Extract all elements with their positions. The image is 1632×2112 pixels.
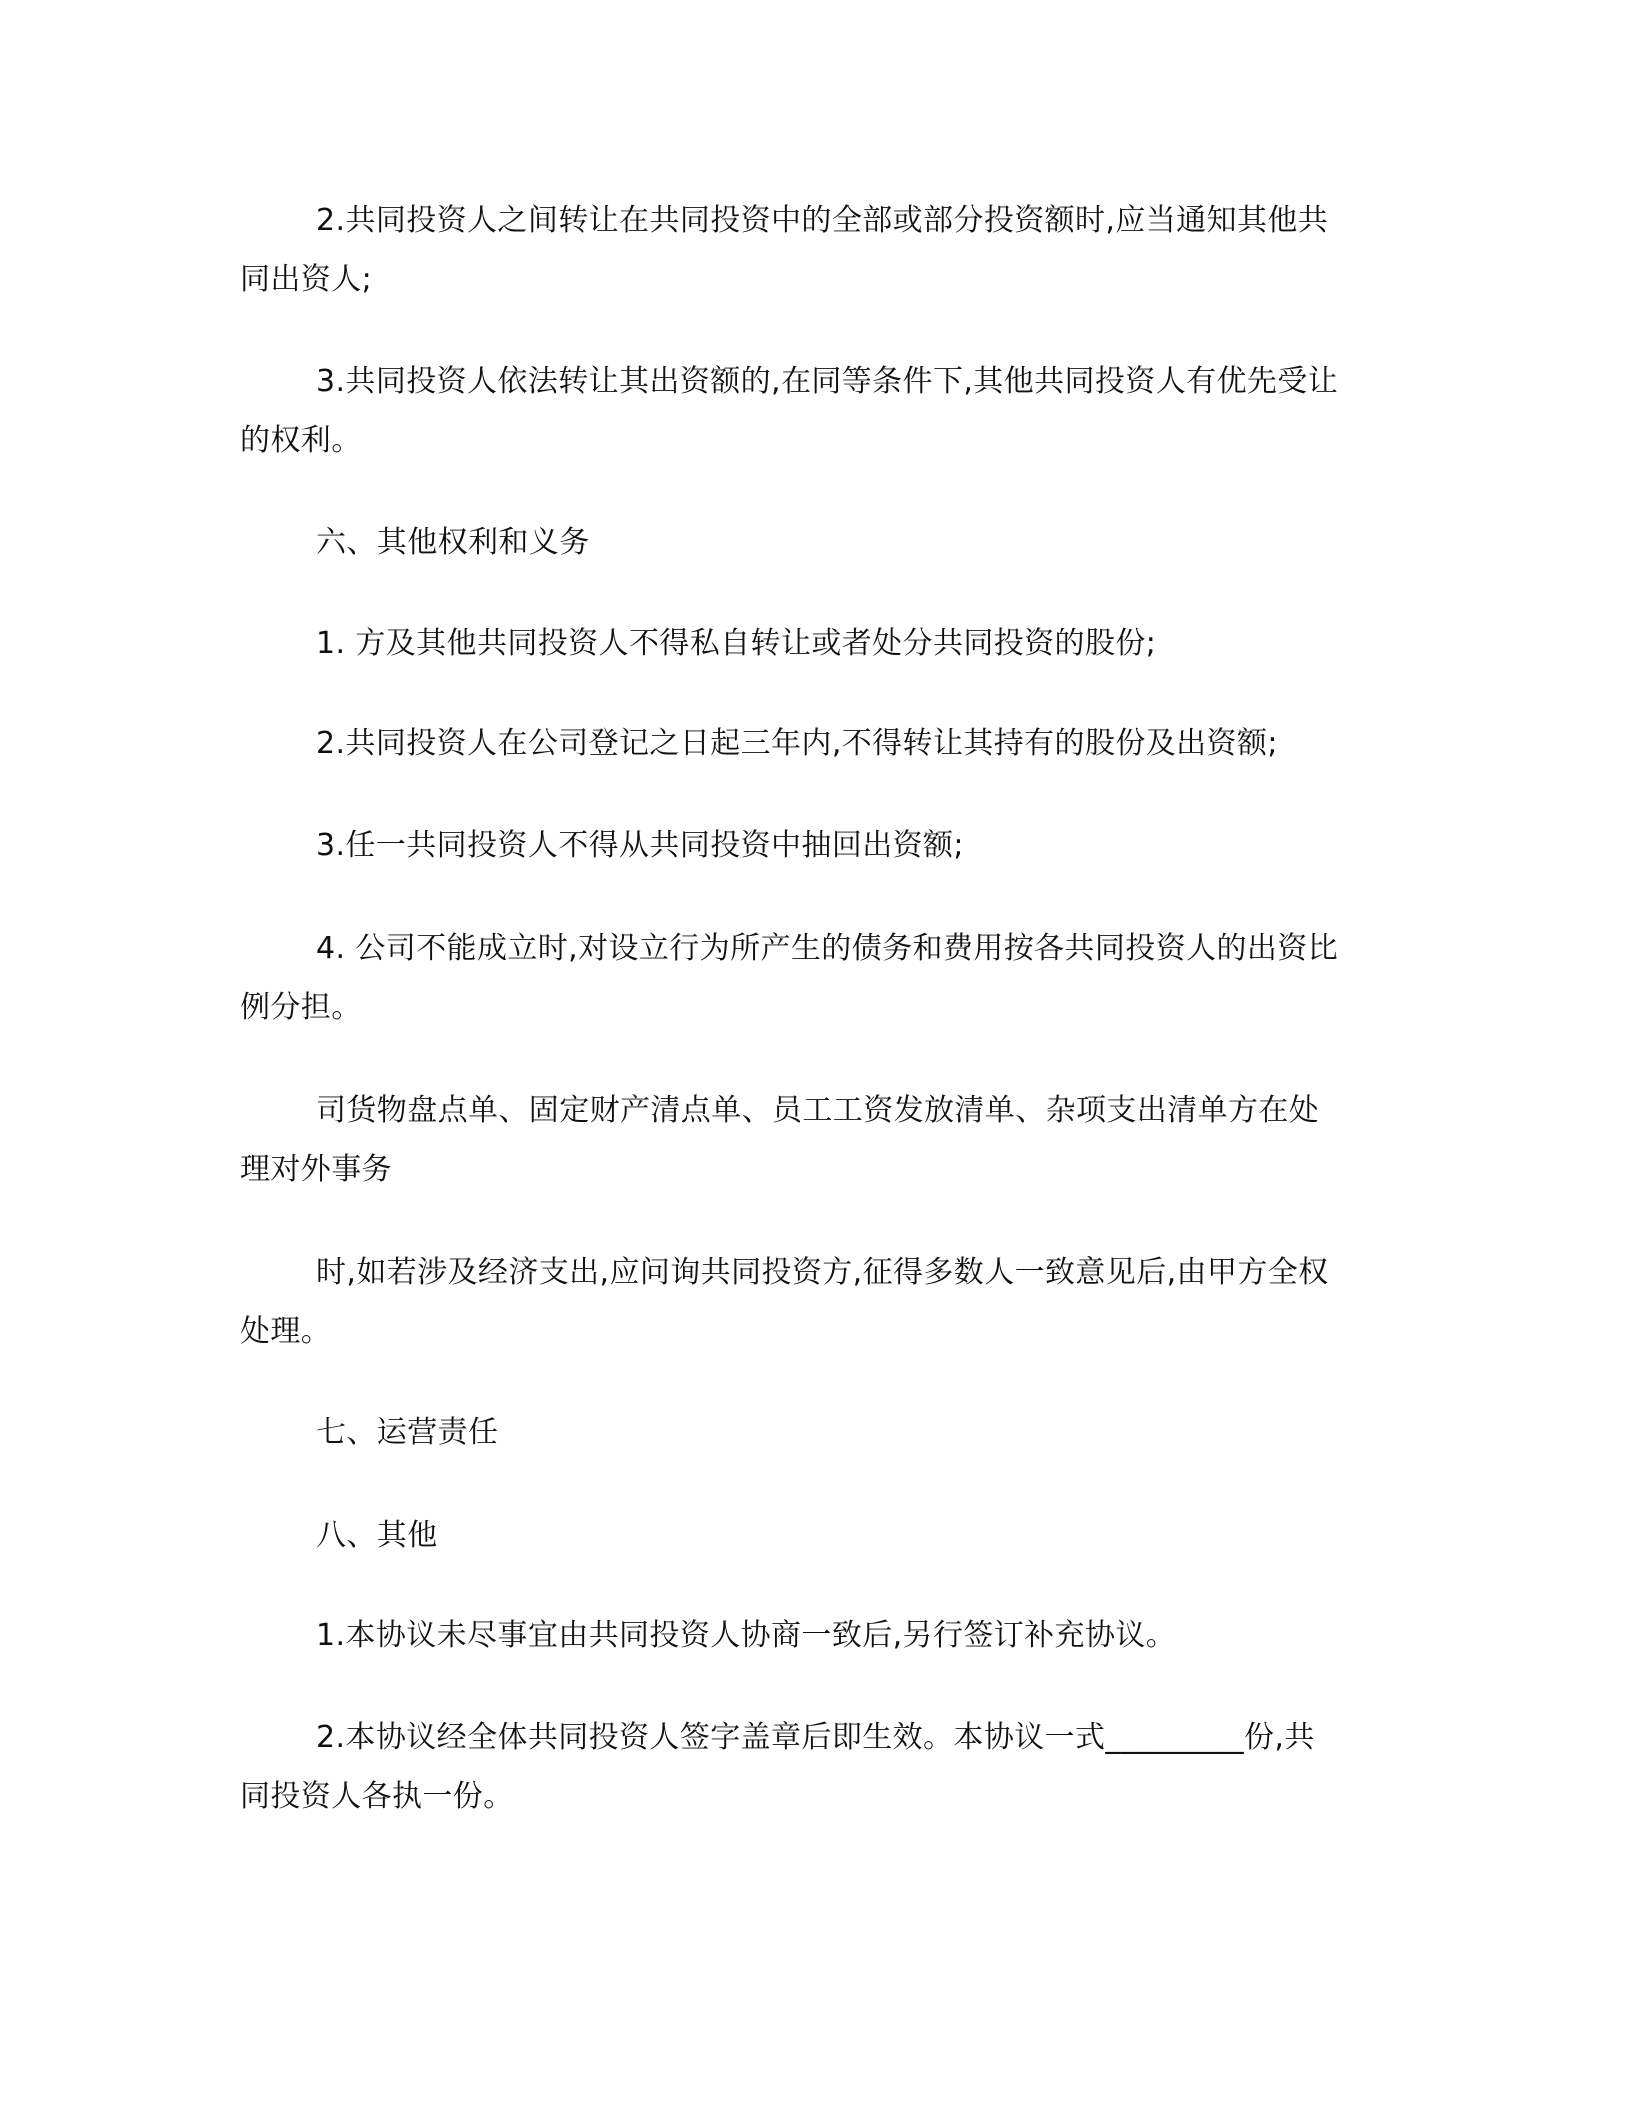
list-item-text: 2.共同投资人在公司登记之日起三年内,不得转让其持有的股份及出资额;	[240, 714, 1382, 773]
list-item-text: 同投资人各执一份。	[240, 1767, 1382, 1826]
list-item-text: 4. 公司不能成立时,对设立行为所产生的债务和费用按各共同投资人的出资比	[240, 919, 1382, 978]
section-heading-text: 六、其他权利和义务	[240, 513, 1382, 572]
section-heading-7: 七、运营责任	[240, 1403, 1382, 1462]
paragraph-inventory-lists: 司货物盘点单、固定财产清点单、员工工资发放清单、杂项支出清单方在处 理对外事务	[240, 1081, 1382, 1199]
paragraph-line: 司货物盘点单、固定财产清点单、员工工资发放清单、杂项支出清单方在处	[240, 1081, 1382, 1140]
paragraph-line: 处理。	[240, 1302, 1382, 1361]
section-heading-8: 八、其他	[240, 1506, 1382, 1565]
section-6-item-4: 4. 公司不能成立时,对设立行为所产生的债务和费用按各共同投资人的出资比 例分担…	[240, 919, 1382, 1037]
paragraph-line: 的权利。	[240, 411, 1382, 470]
section-heading-6: 六、其他权利和义务	[240, 513, 1382, 572]
list-item-text: 3.任一共同投资人不得从共同投资中抽回出资额;	[240, 816, 1382, 875]
section-8-item-1: 1.本协议未尽事宜由共同投资人协商一致后,另行签订补充协议。	[240, 1606, 1382, 1665]
paragraph-preemptive-right: 3.共同投资人依法转让其出资额的,在同等条件下,其他共同投资人有优先受让 的权利…	[240, 352, 1382, 470]
paragraph-line: 同出资人;	[240, 250, 1382, 309]
paragraph-line: 理对外事务	[240, 1140, 1382, 1199]
list-item-text: 例分担。	[240, 978, 1382, 1037]
paragraph-line: 时,如若涉及经济支出,应问询共同投资方,征得多数人一致意见后,由甲方全权	[240, 1243, 1382, 1302]
section-6-item-3: 3.任一共同投资人不得从共同投资中抽回出资额;	[240, 816, 1382, 875]
paragraph-expenditure-consent: 时,如若涉及经济支出,应问询共同投资方,征得多数人一致意见后,由甲方全权 处理。	[240, 1243, 1382, 1361]
section-heading-text: 八、其他	[240, 1506, 1382, 1565]
document-page: 2.共同投资人之间转让在共同投资中的全部或部分投资额时,应当通知其他共 同出资人…	[0, 0, 1632, 2112]
list-item-text: 1.本协议未尽事宜由共同投资人协商一致后,另行签订补充协议。	[240, 1606, 1382, 1665]
section-heading-text: 七、运营责任	[240, 1403, 1382, 1462]
section-6-item-1: 1. 方及其他共同投资人不得私自转让或者处分共同投资的股份;	[240, 614, 1382, 673]
section-8-item-2: 2.本协议经全体共同投资人签字盖章后即生效。本协议一式_________份,共 …	[240, 1708, 1382, 1826]
paragraph-transfer-notice: 2.共同投资人之间转让在共同投资中的全部或部分投资额时,应当通知其他共 同出资人…	[240, 191, 1382, 309]
list-item-text: 2.本协议经全体共同投资人签字盖章后即生效。本协议一式_________份,共	[240, 1708, 1382, 1767]
paragraph-line: 3.共同投资人依法转让其出资额的,在同等条件下,其他共同投资人有优先受让	[240, 352, 1382, 411]
list-item-text: 1. 方及其他共同投资人不得私自转让或者处分共同投资的股份;	[240, 614, 1382, 673]
section-6-item-2: 2.共同投资人在公司登记之日起三年内,不得转让其持有的股份及出资额;	[240, 714, 1382, 773]
paragraph-line: 2.共同投资人之间转让在共同投资中的全部或部分投资额时,应当通知其他共	[240, 191, 1382, 250]
